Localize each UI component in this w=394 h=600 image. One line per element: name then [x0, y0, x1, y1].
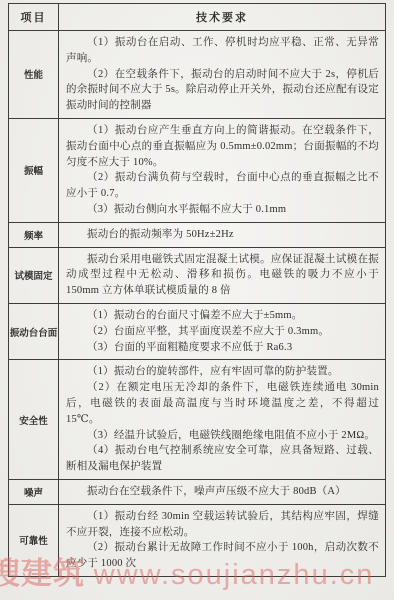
- table-row: 振幅 （1）振动台应产生垂直方向上的简谐振动。在空载条件下，振动台面中心点的垂直…: [9, 118, 386, 222]
- table-row: 振动台台面 （1）振动台的台面尺寸偏差不应大于±5mm。（2）台面应平整，其平面…: [9, 303, 386, 359]
- requirement-text: （1）振动台在启动、工作、停机时均应平稳、正常、无异常声响。: [66, 35, 379, 67]
- requirement-text: 振动台的振动频率为 50Hz±2Hz: [66, 227, 379, 243]
- requirement-text: （3）经温升试验后，电磁铁线圈绝缘电阻值不应小于 2MΩ。: [66, 428, 379, 444]
- table-row: 安全性 （1）振动台的旋转部件，应有牢固可靠的防护装置。（2）在额定电压无冷却的…: [9, 360, 386, 480]
- requirements-cell: 振动台在空载条件下，噪声声压级不应大于 80dB（A）: [59, 479, 386, 504]
- column-header-requirements: 技术要求: [59, 4, 386, 31]
- requirement-text: （3）台面的平面粗糙度要求不应低于 Ra6.3: [66, 340, 379, 356]
- requirement-text: （2）台面应平整，其平面度误差不应大于 0.3mm。: [66, 324, 379, 340]
- table-row: 频率 振动台的振动频率为 50Hz±2Hz: [9, 222, 386, 247]
- table-row: 试模固定 振动台采用电磁铁式固定混凝土试模。应保证混凝土试模在振动成型过程中无松…: [9, 247, 386, 303]
- item-cell: 试模固定: [9, 247, 59, 303]
- item-cell: 频率: [9, 222, 59, 247]
- requirement-text: （3）振动台侧向水平振幅不应大于 0.1mm: [66, 202, 379, 218]
- requirement-text: （4）振动台电气控制系统应安全可靠，应具备短路、过载、断相及漏电保护装置: [66, 443, 379, 475]
- requirements-cell: （1）振动台经 30min 空载运转试验后，其结构应牢固，焊缝不应开裂，连接不应…: [59, 504, 386, 576]
- item-cell: 性能: [9, 31, 59, 119]
- table-body: 性能 （1）振动台在启动、工作、停机时均应平稳、正常、无异常声响。（2）在空载条…: [9, 31, 386, 577]
- item-cell: 振动台台面: [9, 303, 59, 359]
- requirement-text: （1）振动台的旋转部件，应有牢固可靠的防护装置。: [66, 364, 379, 380]
- requirements-cell: （1）振动台的台面尺寸偏差不应大于±5mm。（2）台面应平整，其平面度误差不应大…: [59, 303, 386, 359]
- requirement-text: （1）振动台的台面尺寸偏差不应大于±5mm。: [66, 308, 379, 324]
- table-header-row: 项目 技术要求: [9, 4, 386, 31]
- requirement-text: （1）振动台应产生垂直方向上的简谐振动。在空载条件下，振动台面中心点的垂直振幅应…: [66, 123, 379, 170]
- requirements-cell: （1）振动台在启动、工作、停机时均应平稳、正常、无异常声响。（2）在空载条件下，…: [59, 31, 386, 119]
- requirements-cell: 振动台的振动频率为 50Hz±2Hz: [59, 222, 386, 247]
- item-cell: 安全性: [9, 360, 59, 480]
- requirement-text: （2）振动台累计无故障工作时间不应小于 100h，启动次数不应少于 1000 次: [66, 540, 379, 572]
- requirements-cell: 振动台采用电磁铁式固定混凝土试模。应保证混凝土试模在振动成型过程中无松动、滑移和…: [59, 247, 386, 303]
- scanned-document-page: 项目 技术要求 性能 （1）振动台在启动、工作、停机时均应平稳、正常、无异常声响…: [0, 0, 394, 600]
- requirement-text: （1）振动台经 30min 空载运转试验后，其结构应牢固，焊缝不应开裂，连接不应…: [66, 509, 379, 541]
- item-cell: 可靠性: [9, 504, 59, 576]
- technical-requirements-table: 项目 技术要求 性能 （1）振动台在启动、工作、停机时均应平稳、正常、无异常声响…: [8, 3, 386, 577]
- requirements-cell: （1）振动台应产生垂直方向上的简谐振动。在空载条件下，振动台面中心点的垂直振幅应…: [59, 118, 386, 222]
- requirement-text: （2）振动台满负荷与空载时，台面中心点的垂直振幅之比不应小于 0.7。: [66, 170, 379, 202]
- table-row: 性能 （1）振动台在启动、工作、停机时均应平稳、正常、无异常声响。（2）在空载条…: [9, 31, 386, 119]
- requirement-text: 振动台采用电磁铁式固定混凝土试模。应保证混凝土试模在振动成型过程中无松动、滑移和…: [66, 252, 379, 299]
- requirement-text: （2）在额定电压无冷却的条件下，电磁铁连续通电 30min 后，电磁铁的表面最高…: [66, 380, 379, 427]
- table-row: 噪声 振动台在空载条件下，噪声声压级不应大于 80dB（A）: [9, 479, 386, 504]
- requirements-cell: （1）振动台的旋转部件，应有牢固可靠的防护装置。（2）在额定电压无冷却的条件下，…: [59, 360, 386, 480]
- table-row: 可靠性 （1）振动台经 30min 空载运转试验后，其结构应牢固，焊缝不应开裂，…: [9, 504, 386, 576]
- column-header-item: 项目: [9, 4, 59, 31]
- item-cell: 振幅: [9, 118, 59, 222]
- item-cell: 噪声: [9, 479, 59, 504]
- requirement-text: （2）在空载条件下，振动台的启动时间不应大于 2s，停机后的余振时间不应大于 5…: [66, 67, 379, 114]
- requirement-text: 振动台在空载条件下，噪声声压级不应大于 80dB（A）: [66, 484, 379, 500]
